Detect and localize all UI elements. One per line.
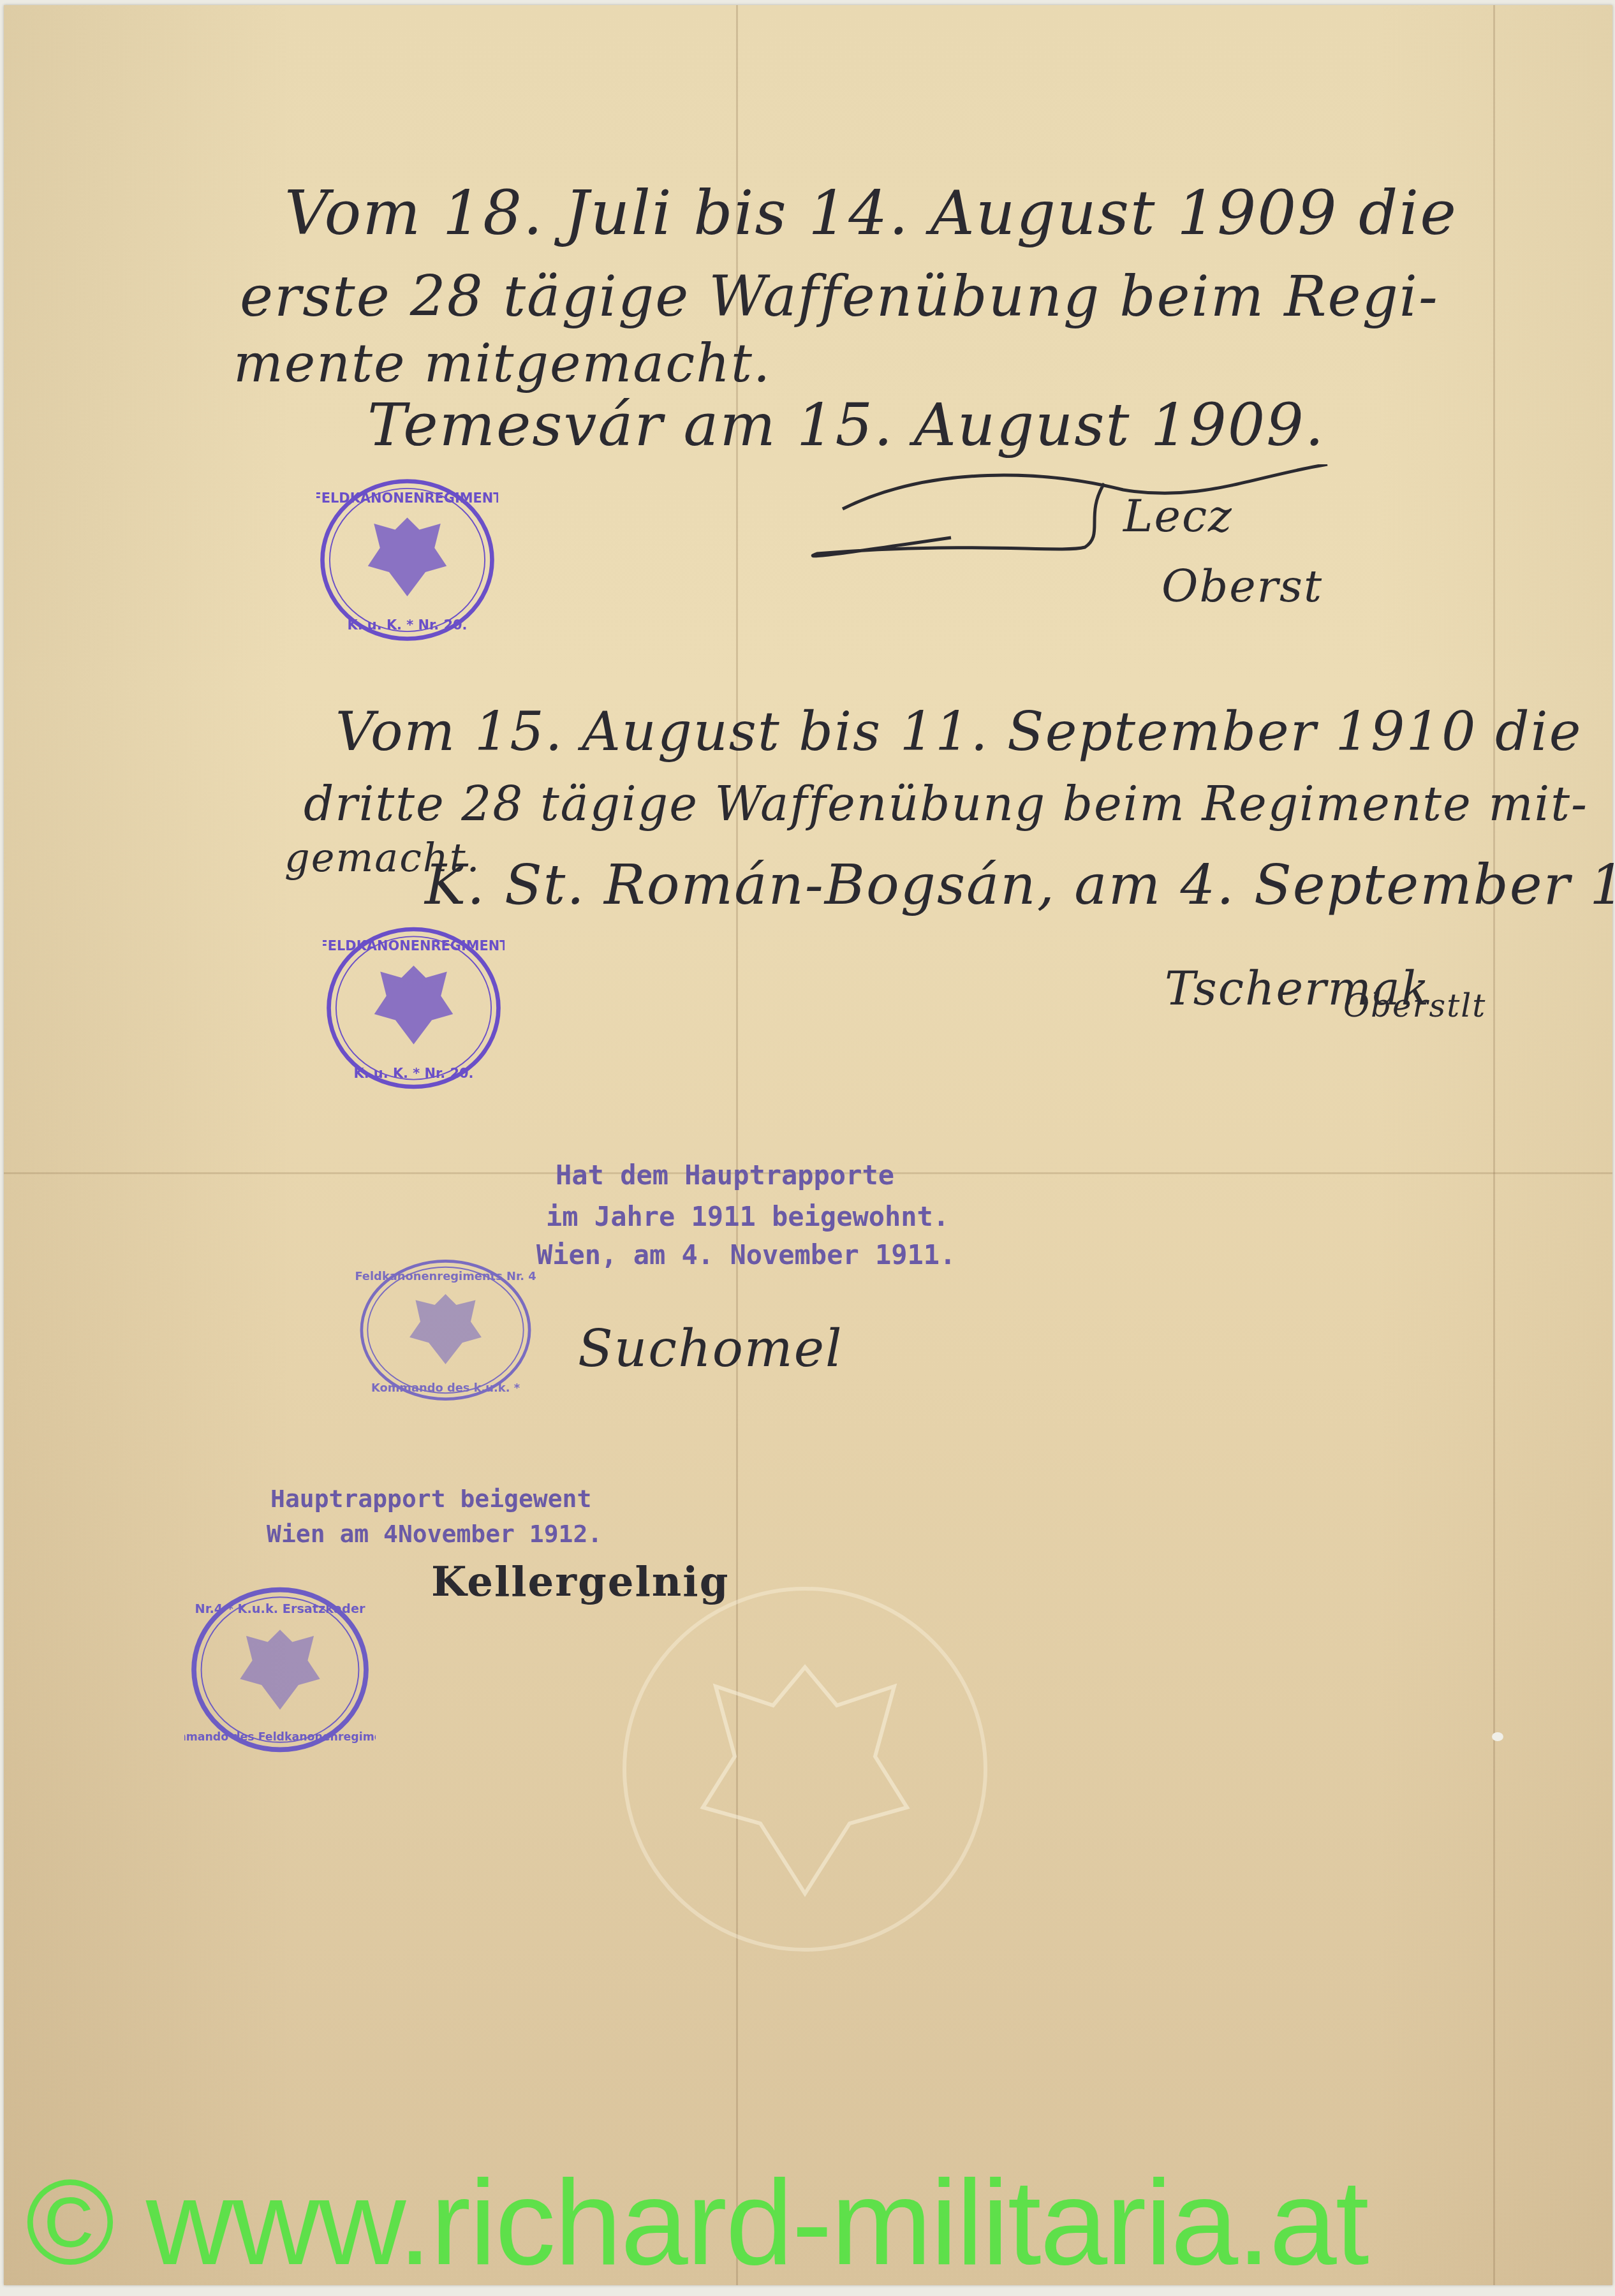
svg-text:K. u. K. * Nr. 20.: K. u. K. * Nr. 20.: [353, 1066, 473, 1081]
stamp-fkr20-1910: FELDKANONENREGIMENT K. u. K. * Nr. 20.: [323, 920, 505, 1096]
regimental-stamp-eagle-icon: Nr.4 * K.u.k. Ersatzkader Kommando des F…: [184, 1584, 376, 1756]
document-page: Vom 18. Juli bis 14. August 1909 die ers…: [4, 5, 1612, 2285]
signature-1909: Lecz Oberst: [804, 464, 1442, 630]
entry-1909-place-date: Temesvár am 15. August 1909.: [367, 391, 1325, 459]
entry-1909-line2: erste 28 tägige Waffenübung beim Regi-: [240, 263, 1439, 329]
svg-text:FELDKANONENREGIMENT: FELDKANONENREGIMENT: [316, 490, 498, 506]
stamp-fkr20-1909: FELDKANONENREGIMENT K. u. K. * Nr. 20.: [316, 474, 498, 646]
entry-1909-line3: mente mitgemacht.: [233, 334, 771, 394]
signature-1911: Suchomel: [578, 1319, 843, 1378]
svg-text:Kommando des k.u.k. *: Kommando des k.u.k. *: [371, 1381, 520, 1395]
embossed-eagle-icon: [626, 1591, 984, 1948]
svg-text:Feldkanonenregiments Nr. 4: Feldkanonenregiments Nr. 4: [355, 1270, 536, 1283]
signature-1910-rank: Oberstlt: [1343, 987, 1486, 1024]
regimental-stamp-eagle-icon: FELDKANONENREGIMENT K. u. K. * Nr. 20.: [323, 920, 505, 1096]
entry-1910-line1: Vom 15. August bis 11. September 1910 di…: [336, 700, 1582, 763]
entry-1909-line1: Vom 18. Juli bis 14. August 1909 die: [284, 177, 1457, 249]
svg-text:Nr.4 * K.u.k. Ersatzkader: Nr.4 * K.u.k. Ersatzkader: [195, 1601, 365, 1616]
embossed-seal: [623, 1587, 987, 1952]
svg-text:FELDKANONENREGIMENT: FELDKANONENREGIMENT: [323, 938, 505, 953]
entry-1912-line2: Wien am 4November 1912.: [267, 1520, 602, 1548]
signature-1910: Tschermak Oberstlt: [1165, 955, 1471, 1032]
regimental-stamp-eagle-icon: Feldkanonenregiments Nr. 4 Kommando des …: [355, 1255, 536, 1405]
signature-1909-name: Lecz: [1123, 490, 1233, 542]
stamp-fkr4-kommando: Feldkanonenregiments Nr. 4 Kommando des …: [355, 1255, 536, 1405]
watermark: © www.richard-militaria.at: [26, 2162, 1368, 2283]
entry-1911-line1: Hat dem Hauptrapporte: [556, 1159, 894, 1191]
fold-line-vertical-right: [1493, 5, 1495, 2285]
regimental-stamp-eagle-icon: FELDKANONENREGIMENT K. u. K. * Nr. 20.: [316, 474, 498, 646]
signature-flourish-icon: [804, 464, 1442, 630]
entry-1910-line2: dritte 28 tägige Waffenübung beim Regime…: [304, 777, 1588, 832]
entry-1911-line2: im Jahre 1911 beigewohnt.: [546, 1201, 949, 1232]
entry-1912-line1: Hauptrapport beigewent: [270, 1485, 591, 1513]
svg-text:Kommando des Feldkanonenregime: Kommando des Feldkanonenregiments: [184, 1731, 376, 1744]
entry-1910-place-date: K. St. Román-Bogsán, am 4. September 191…: [425, 853, 1615, 917]
signature-1909-rank: Oberst: [1161, 560, 1323, 612]
pinhole-mark: [1492, 1732, 1503, 1741]
svg-text:K. u. K. * Nr. 20.: K. u. K. * Nr. 20.: [347, 617, 467, 633]
entry-1911-line3: Wien, am 4. November 1911.: [536, 1239, 955, 1270]
stamp-fkr4-ersatzkader: Nr.4 * K.u.k. Ersatzkader Kommando des F…: [184, 1584, 376, 1756]
